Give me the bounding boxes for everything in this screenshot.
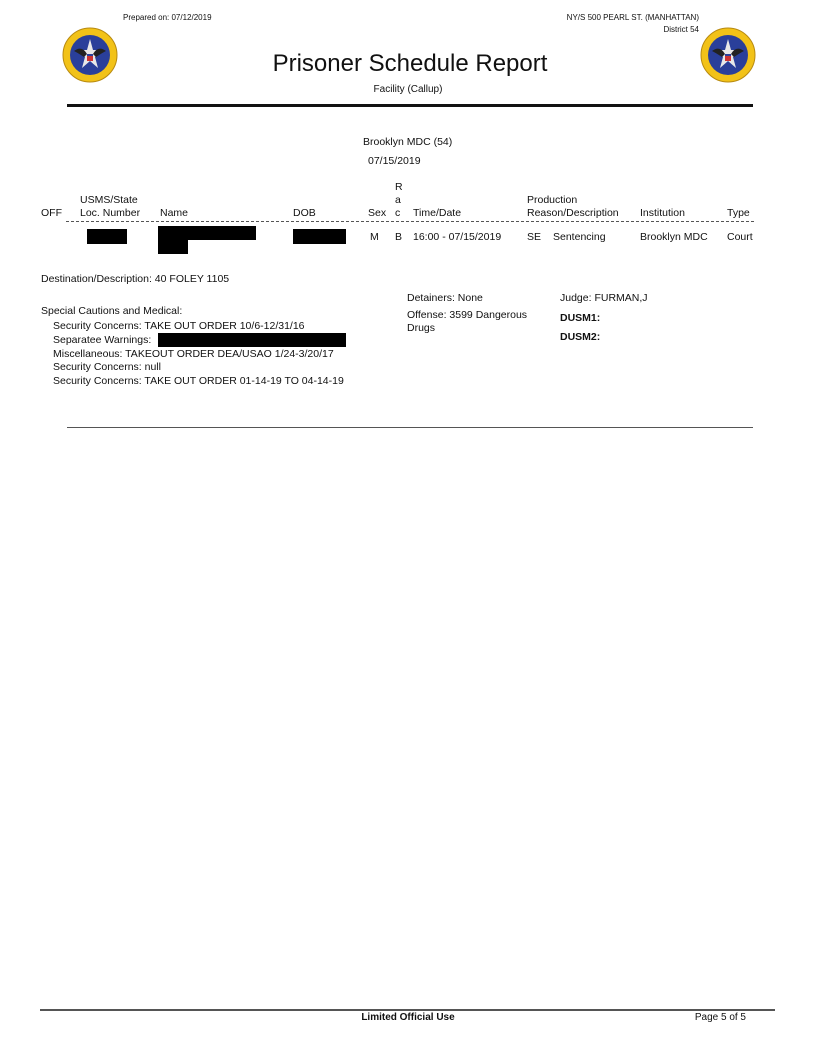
district-label: District 54 bbox=[600, 25, 699, 34]
cell-reason-description: Sentencing bbox=[553, 231, 606, 243]
footer-divider bbox=[40, 1009, 775, 1011]
detainers: Detainers: None bbox=[407, 292, 483, 304]
caution-item: Separatee Warnings: bbox=[53, 334, 151, 346]
col-dob: DOB bbox=[293, 207, 316, 219]
office-address: NY/S 500 PEARL ST. (MANHATTAN) bbox=[520, 13, 699, 22]
col-race-1: R bbox=[395, 181, 403, 193]
destination: Destination/Description: 40 FOLEY 1105 bbox=[41, 273, 229, 285]
dusm2-label: DUSM2: bbox=[560, 331, 600, 343]
name-redaction bbox=[158, 226, 256, 240]
prepared-on: Prepared on: 07/12/2019 bbox=[123, 13, 212, 22]
col-production-line1: Production bbox=[527, 194, 577, 206]
offense-line1: Offense: 3599 Dangerous bbox=[407, 309, 527, 321]
page-title: Prisoner Schedule Report bbox=[258, 50, 562, 78]
col-time-date: Time/Date bbox=[413, 207, 461, 219]
judge: Judge: FURMAN,J bbox=[560, 292, 648, 304]
col-race-2: a bbox=[395, 194, 401, 206]
cell-reason-code: SE bbox=[527, 231, 541, 243]
cell-sex: M bbox=[370, 231, 379, 243]
col-type: Type bbox=[727, 207, 750, 219]
separatee-redaction bbox=[158, 333, 346, 347]
facility-name: Brooklyn MDC (54) bbox=[363, 136, 452, 148]
dusm1-label: DUSM1: bbox=[560, 312, 600, 324]
col-off: OFF bbox=[41, 207, 62, 219]
header-divider bbox=[67, 104, 753, 107]
caution-item: Security Concerns: null bbox=[53, 361, 161, 373]
us-marshals-seal-icon bbox=[62, 27, 118, 83]
us-marshals-seal-icon bbox=[700, 27, 756, 83]
table-header-divider bbox=[66, 221, 754, 222]
classification-label: Limited Official Use bbox=[308, 1012, 508, 1023]
col-production-line2: Reason/Description bbox=[527, 207, 619, 219]
special-cautions-label: Special Cautions and Medical: bbox=[41, 305, 182, 317]
col-name: Name bbox=[160, 207, 188, 219]
cell-time-date: 16:00 - 07/15/2019 bbox=[413, 231, 501, 243]
cell-institution: Brooklyn MDC bbox=[640, 231, 708, 243]
page-number: Page 5 of 5 bbox=[640, 1012, 746, 1023]
dob-redaction bbox=[293, 229, 346, 244]
report-subtitle: Facility (Callup) bbox=[308, 84, 508, 95]
facility-date: 07/15/2019 bbox=[368, 155, 421, 167]
cell-race: B bbox=[395, 231, 402, 243]
loc-number-redaction bbox=[87, 229, 127, 244]
cell-type: Court bbox=[727, 231, 753, 243]
offense-line2: Drugs bbox=[407, 322, 435, 334]
col-institution: Institution bbox=[640, 207, 685, 219]
col-sex: Sex bbox=[368, 207, 386, 219]
col-loc-line1: USMS/State bbox=[80, 194, 138, 206]
col-loc-line2: Loc. Number bbox=[80, 207, 140, 219]
caution-item: Miscellaneous: TAKEOUT ORDER DEA/USAO 1/… bbox=[53, 348, 334, 360]
caution-item: Security Concerns: TAKE OUT ORDER 01-14-… bbox=[53, 375, 344, 387]
col-race-3: c bbox=[395, 207, 400, 219]
caution-item: Security Concerns: TAKE OUT ORDER 10/6-1… bbox=[53, 320, 305, 332]
name-redaction-line2 bbox=[158, 240, 188, 254]
section-divider bbox=[67, 427, 753, 428]
